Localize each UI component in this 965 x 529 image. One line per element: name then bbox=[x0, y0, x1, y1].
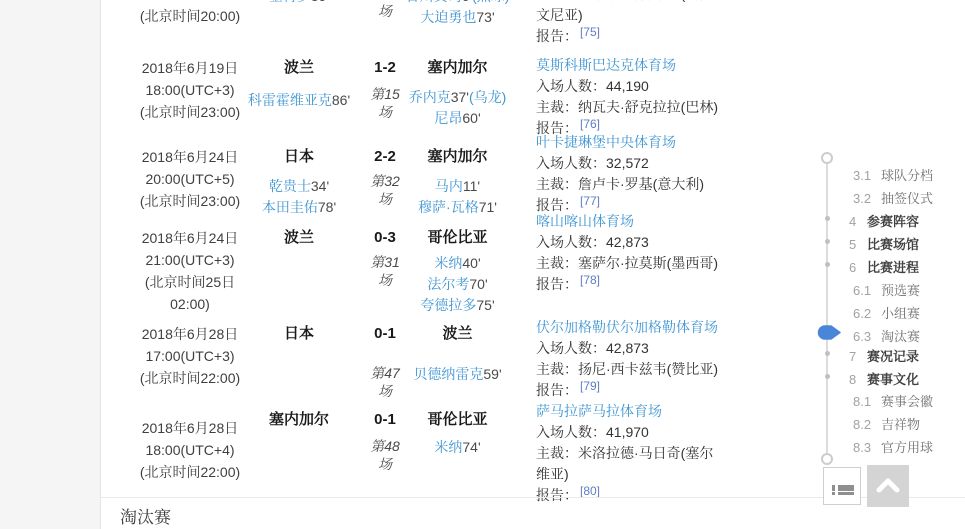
toc-item-number: 6.1 bbox=[853, 283, 877, 298]
page-viewport: (北京时间20:00) 金特罗39' 第16场 香川真司6'(点球)大迫勇也73… bbox=[0, 0, 965, 529]
home-team-name: 波兰 bbox=[246, 57, 352, 78]
scorer-link[interactable]: 尼昂 bbox=[434, 110, 462, 126]
toc-item-label: 赛事会徽 bbox=[881, 394, 933, 409]
scorer-minute: 73' bbox=[476, 9, 494, 25]
away-scorers: 米纳74' bbox=[400, 437, 515, 458]
match-date: (北京时间20:00) bbox=[125, 5, 255, 27]
toc-item-label: 抽签仪式 bbox=[881, 191, 933, 206]
home-scorers: 金特罗39' bbox=[246, 0, 352, 7]
away-scorers: 香川真司6'(点球)大迫勇也73' bbox=[400, 0, 515, 28]
scorer-minute: 59' bbox=[483, 366, 501, 382]
scorer-line: 本田圭佑78' bbox=[246, 197, 352, 218]
section-heading: 淘汰赛 bbox=[120, 503, 171, 528]
toc-item-number: 6.3 bbox=[853, 329, 877, 344]
match-details: 萨马拉萨马拉体育场入场人数：41,970主裁：米洛拉德·马日奇(塞尔维亚)报告：… bbox=[536, 401, 798, 507]
scorer-link[interactable]: 本田圭佑 bbox=[262, 199, 318, 215]
report-line: 报告：[75] bbox=[536, 26, 798, 48]
toc-item-number: 7 bbox=[849, 349, 863, 364]
home-team-name: 日本 bbox=[246, 323, 352, 344]
report-ref-link[interactable]: [79] bbox=[580, 376, 600, 397]
toc-item-number: 3.2 bbox=[853, 191, 877, 206]
attendance-line: 入场人数：32,572 bbox=[536, 153, 798, 174]
toc-item-label: 球队分档 bbox=[881, 168, 933, 183]
scorer-link[interactable]: 乔内克 bbox=[409, 89, 451, 105]
toc-item-7[interactable]: 7赛况记录 bbox=[849, 346, 919, 365]
scorer-minute: 39' bbox=[311, 0, 329, 4]
toc-toggle-button[interactable] bbox=[823, 467, 861, 505]
scorer-line: 大迫勇也73' bbox=[400, 7, 515, 28]
scorer-minute: 74' bbox=[462, 439, 480, 455]
scorer-line: 尼昂60' bbox=[400, 108, 515, 129]
toc-item-number: 6 bbox=[849, 260, 863, 275]
match-details: 叶卡捷琳堡中央体育场入场人数：32,572主裁：詹卢卡·罗基(意大利)报告：[7… bbox=[536, 132, 798, 217]
toc-item-number: 3.1 bbox=[853, 168, 877, 183]
report-ref-link[interactable]: [80] bbox=[580, 481, 600, 502]
match-date: 2018年6月24日21:00(UTC+3)(北京时间25日02:00) bbox=[125, 227, 255, 315]
toc-item-number: 6.2 bbox=[853, 306, 877, 321]
chevron-up-icon bbox=[867, 465, 909, 507]
away-team-name: 塞内加尔 bbox=[400, 57, 515, 78]
toc-timeline-dot bbox=[825, 262, 830, 267]
report-line: 报告：[80] bbox=[536, 485, 798, 507]
scorer-line: 法尔考70' bbox=[400, 274, 515, 295]
scorer-link[interactable]: 乾贵士 bbox=[269, 178, 311, 194]
venue-link[interactable]: 莫斯科斯巴达克体育场 bbox=[536, 57, 676, 73]
toc-item-3-2[interactable]: 3.2抽签仪式 bbox=[853, 188, 933, 207]
toc-item-label: 比赛场馆 bbox=[867, 237, 919, 252]
scorer-minute: 75' bbox=[476, 297, 494, 313]
scorer-note-link[interactable]: (点球) bbox=[472, 0, 509, 4]
scorer-line: 香川真司6'(点球) bbox=[400, 0, 515, 7]
toc-item-label: 吉祥物 bbox=[881, 417, 920, 432]
toc-item-4[interactable]: 4参赛阵容 bbox=[849, 211, 919, 230]
toc-item-label: 参赛阵容 bbox=[867, 214, 919, 229]
match-details: 伏尔加格勒伏尔加格勒体育场入场人数：42,873主裁：扬尼·西卡兹韦(赞比亚)报… bbox=[536, 317, 798, 402]
scorer-link[interactable]: 香川真司 bbox=[406, 0, 462, 4]
match-details: 主裁：达米尔·斯科米纳(斯洛文尼亚)报告：[75] bbox=[536, 0, 798, 48]
scorer-minute: 34' bbox=[311, 178, 329, 194]
attendance-line: 入场人数：42,873 bbox=[536, 338, 798, 359]
scorer-minute: 71' bbox=[479, 199, 497, 215]
toc-item-label: 比赛进程 bbox=[867, 260, 919, 275]
home-scorers: 乾贵士34'本田圭佑78' bbox=[246, 176, 352, 218]
report-ref-link[interactable]: [75] bbox=[580, 22, 600, 43]
toc-timeline-dot bbox=[825, 374, 830, 379]
scorer-link[interactable]: 米纳 bbox=[434, 439, 462, 455]
toc-item-label: 预选赛 bbox=[881, 283, 920, 298]
away-scorers: 乔内克37'(乌龙)尼昂60' bbox=[400, 87, 515, 129]
away-scorers: 马内11'穆萨·瓦格71' bbox=[400, 176, 515, 218]
match-details: 莫斯科斯巴达克体育场入场人数：44,190主裁：纳瓦夫·舒克拉拉(巴林)报告：[… bbox=[536, 55, 798, 140]
referee-line: 主裁：米洛拉德·马日奇(塞尔 bbox=[536, 443, 798, 464]
referee-line: 主裁：詹卢卡·罗基(意大利) bbox=[536, 174, 798, 195]
scorer-note-link[interactable]: (乌龙) bbox=[469, 89, 506, 105]
report-line: 报告：[79] bbox=[536, 380, 798, 402]
report-ref-link[interactable]: [78] bbox=[580, 270, 600, 291]
home-team-name: 塞内加尔 bbox=[246, 409, 352, 430]
scorer-line: 米纳74' bbox=[400, 437, 515, 458]
toc-timeline-line bbox=[826, 161, 828, 455]
venue-link[interactable]: 伏尔加格勒伏尔加格勒体育场 bbox=[536, 319, 718, 335]
toc-item-number: 4 bbox=[849, 214, 863, 229]
toc-item-label: 赛况记录 bbox=[867, 349, 919, 364]
referee-line: 主裁：扬尼·西卡兹韦(赞比亚) bbox=[536, 359, 798, 380]
match-details: 喀山喀山体育场入场人数：42,873主裁：塞萨尔·拉莫斯(墨西哥)报告：[78] bbox=[536, 211, 798, 296]
toc-item-8[interactable]: 8赛事文化 bbox=[849, 369, 919, 388]
referee-line: 文尼亚) bbox=[536, 5, 798, 26]
match-results-table: (北京时间20:00) 金特罗39' 第16场 香川真司6'(点球)大迫勇也73… bbox=[0, 0, 965, 529]
scorer-minute: 86' bbox=[332, 92, 350, 108]
scorer-link[interactable]: 法尔考 bbox=[427, 276, 469, 292]
toc-item-6[interactable]: 6比赛进程 bbox=[849, 257, 919, 276]
referee-line: 主裁：纳瓦夫·舒克拉拉(巴林) bbox=[536, 97, 798, 118]
scorer-minute: 40' bbox=[462, 255, 480, 271]
toc-item-number: 8.1 bbox=[853, 394, 877, 409]
scorer-link[interactable]: 大迫勇也 bbox=[420, 9, 476, 25]
scorer-line: 乔内克37'(乌龙) bbox=[400, 87, 515, 108]
toc-timeline-dot bbox=[825, 239, 830, 244]
toc-timeline-start-circle bbox=[821, 152, 833, 164]
toc-item-8-1[interactable]: 8.1赛事会徽 bbox=[853, 391, 933, 410]
referee-line: 主裁：塞萨尔·拉莫斯(墨西哥) bbox=[536, 253, 798, 274]
toc-item-8-2[interactable]: 8.2吉祥物 bbox=[853, 414, 920, 433]
toc-item-5[interactable]: 5比赛场馆 bbox=[849, 234, 919, 253]
toc-item-label: 赛事文化 bbox=[867, 372, 919, 387]
scorer-minute: 11' bbox=[463, 178, 480, 194]
toc-item-8-3[interactable]: 8.3官方用球 bbox=[853, 437, 933, 456]
scorer-link[interactable]: 贝德纳雷克 bbox=[413, 366, 483, 382]
venue-link[interactable]: 叶卡捷琳堡中央体育场 bbox=[536, 134, 676, 150]
venue-link[interactable]: 萨马拉萨马拉体育场 bbox=[536, 403, 662, 419]
report-line: 报告：[78] bbox=[536, 274, 798, 296]
away-team-name: 塞内加尔 bbox=[400, 146, 515, 167]
match-date: 2018年6月19日18:00(UTC+3)(北京时间23:00) bbox=[125, 57, 255, 123]
scorer-link[interactable]: 科雷霍维亚克 bbox=[248, 92, 332, 108]
away-scorers: 贝德纳雷克59' bbox=[400, 364, 515, 385]
away-scorers: 米纳40'法尔考70'夸德拉多75' bbox=[400, 253, 515, 316]
home-team-name: 日本 bbox=[246, 146, 352, 167]
scorer-link[interactable]: 夸德拉多 bbox=[420, 297, 476, 313]
toc-active-marker bbox=[817, 325, 842, 343]
scorer-minute: 60' bbox=[462, 110, 480, 126]
toc-item-number: 8 bbox=[849, 372, 863, 387]
referee-line: 维亚) bbox=[536, 464, 798, 485]
report-ref-link[interactable]: [77] bbox=[580, 191, 600, 212]
away-team-name: 哥伦比亚 bbox=[400, 227, 515, 248]
attendance-line: 入场人数：41,970 bbox=[536, 422, 798, 443]
match-date: 2018年6月24日20:00(UTC+5)(北京时间23:00) bbox=[125, 146, 255, 212]
scorer-link[interactable]: 马内 bbox=[435, 178, 463, 194]
scorer-minute: 37' bbox=[451, 89, 469, 105]
scorer-line: 科雷霍维亚克86' bbox=[246, 90, 352, 111]
scorer-minute: 70' bbox=[469, 276, 487, 292]
home-scorers: 科雷霍维亚克86' bbox=[246, 90, 352, 111]
scorer-minute: 6' bbox=[462, 0, 472, 4]
match-date: 2018年6月28日18:00(UTC+4)(北京时间22:00) bbox=[125, 417, 255, 483]
toc-item-label: 淘汰赛 bbox=[881, 329, 920, 344]
toc-item-number: 5 bbox=[849, 237, 863, 252]
toc-item-label: 小组赛 bbox=[881, 306, 920, 321]
scorer-line: 贝德纳雷克59' bbox=[400, 364, 515, 385]
toc-item-6-2[interactable]: 6.2小组赛 bbox=[853, 303, 920, 322]
away-team-name: 波兰 bbox=[400, 323, 515, 344]
scorer-line: 夸德拉多75' bbox=[400, 295, 515, 316]
toc-timeline-end-circle bbox=[821, 453, 833, 465]
toc-item-6-1[interactable]: 6.1预选赛 bbox=[853, 280, 920, 299]
attendance-line: 入场人数：44,190 bbox=[536, 76, 798, 97]
scorer-line: 穆萨·瓦格71' bbox=[400, 197, 515, 218]
toc-item-number: 8.3 bbox=[853, 440, 877, 455]
attendance-line: 入场人数：42,873 bbox=[536, 232, 798, 253]
scorer-line: 乾贵士34' bbox=[246, 176, 352, 197]
scorer-link[interactable]: 米纳 bbox=[434, 255, 462, 271]
scorer-link[interactable]: 穆萨·瓦格 bbox=[418, 199, 479, 215]
scorer-line: 米纳40' bbox=[400, 253, 515, 274]
scorer-link[interactable]: 金特罗 bbox=[269, 0, 311, 4]
toc-timeline-dot bbox=[825, 351, 830, 356]
toc-item-number: 8.2 bbox=[853, 417, 877, 432]
toc-timeline-dot bbox=[825, 216, 830, 221]
away-team-name: 哥伦比亚 bbox=[400, 409, 515, 430]
back-to-top-button[interactable] bbox=[867, 465, 909, 507]
scorer-minute: 78' bbox=[318, 199, 336, 215]
scorer-line: 马内11' bbox=[400, 176, 515, 197]
scorer-line: 金特罗39' bbox=[246, 0, 352, 7]
toc-item-label: 官方用球 bbox=[881, 440, 933, 455]
toc-item-3-1[interactable]: 3.1球队分档 bbox=[853, 165, 933, 184]
match-date: 2018年6月28日17:00(UTC+3)(北京时间22:00) bbox=[125, 323, 255, 389]
home-team-name: 波兰 bbox=[246, 227, 352, 248]
toc-item-6-3[interactable]: 6.3淘汰赛 bbox=[853, 326, 920, 345]
venue-link[interactable]: 喀山喀山体育场 bbox=[536, 213, 634, 229]
